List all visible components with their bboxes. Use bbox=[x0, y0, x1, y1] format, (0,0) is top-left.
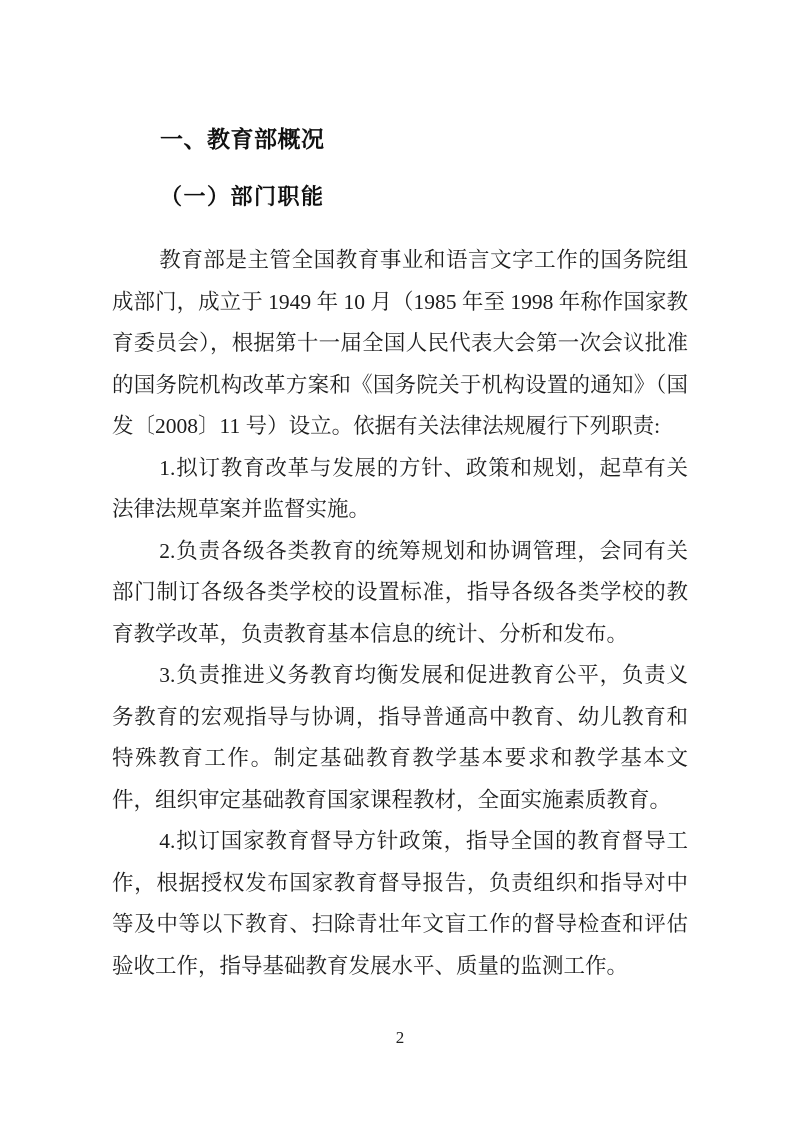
body-paragraph: 2.负责各级各类教育的统筹规划和协调管理，会同有关部门制订各级各类学校的设置标准… bbox=[112, 531, 688, 656]
page-number: 2 bbox=[0, 1028, 800, 1048]
body-text: 教育部是主管全国教育事业和语言文字工作的国务院组成部门，成立于 1949 年 1… bbox=[112, 240, 688, 987]
body-paragraph: 3.负责推进义务教育均衡发展和促进教育公平，负责义务教育的宏观指导与协调，指导普… bbox=[112, 655, 688, 821]
body-paragraph: 1.拟订教育改革与发展的方针、政策和规划，起草有关法律法规草案并监督实施。 bbox=[112, 448, 688, 531]
body-paragraph: 教育部是主管全国教育事业和语言文字工作的国务院组成部门，成立于 1949 年 1… bbox=[112, 240, 688, 448]
subsection-heading: （一）部门职能 bbox=[160, 182, 688, 212]
section-heading: 一、教育部概况 bbox=[160, 122, 688, 156]
document-page: 一、教育部概况 （一）部门职能 教育部是主管全国教育事业和语言文字工作的国务院组… bbox=[0, 0, 800, 1131]
document-content: 一、教育部概况 （一）部门职能 教育部是主管全国教育事业和语言文字工作的国务院组… bbox=[0, 0, 800, 987]
body-paragraph: 4.拟订国家教育督导方针政策，指导全国的教育督导工作，根据授权发布国家教育督导报… bbox=[112, 821, 688, 987]
